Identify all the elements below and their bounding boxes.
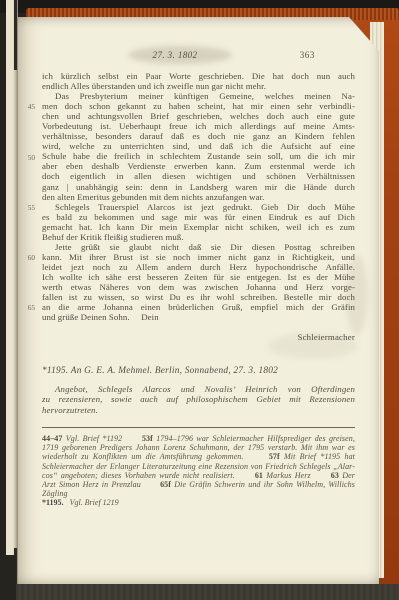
body-line-text: Schlegels Trauerspiel Alarcos ist jezt g… [42,202,355,212]
body-line-text: verhältnisse, besonders darauf daß es do… [42,131,355,141]
body-line: Behuf der Kritik fleißig studieren muß. [18,232,379,242]
body-line: und grüße Deinen Sohn. Dein [18,312,379,322]
body-line-text: Das Presbyterium meiner künftigen Gemein… [42,91,355,101]
line-reference: 63 [331,471,339,480]
note-text: Schleiermacher der Erlanger Literaturzei… [42,462,355,471]
line-reference: *1195. [42,498,64,507]
letter-signature: Schleiermacher [42,332,355,342]
body-line-text: Vorbedeutung ist. Ueberhaupt freue ich m… [42,121,355,131]
footnote-rule [42,427,355,428]
note-text: Die Gräfin Schwerin und ihr Sohn Wilhelm… [171,480,355,489]
apparatus-notes: 44–47 Vgl. Brief *1192 53f 1794–1796 war… [42,434,355,498]
body-line: doch eigentlich in allen diesen wichtige… [18,171,379,181]
body-line: chen und achtungsvollen Brief geschriebe… [18,111,379,121]
body-line-text: gemacht hat. Ich kann Dir mein Exemplar … [42,222,355,232]
note-text: Markus Herz [263,471,331,480]
body-line: Das Presbyterium meiner künftigen Gemein… [18,91,379,101]
apparatus-final-note: *1195. Vgl. Brief 1219 [42,498,355,507]
letter-summary: Angebot, Schlegels Alarcos und Novalis’ … [42,384,355,415]
body-line-text: fallen ist zu wissen, so wirst Du es ihr… [42,292,355,302]
body-line: wird, welche zu unterrichten sind, und d… [18,141,379,151]
body-line-text: Ich wollte ich sähe erst besseren Zeiten… [42,272,355,282]
note-text: Vgl. Brief 1219 [64,498,119,507]
body-line-text: Behuf der Kritik fleißig studieren muß. [42,232,355,242]
line-reference: 57f [269,452,280,461]
body-line: ich kürzlich selbst ein Paar Worte gesch… [18,71,379,81]
body-line-text: doch eigentlich in allen diesen wichtige… [42,171,355,181]
body-line-text: Schule habe die freilich in schlechtem Z… [42,151,355,161]
note-text: Der [339,471,355,480]
body-line: endlich Alles überstanden und ich zweifl… [18,81,379,91]
line-reference: 65f [160,480,171,489]
body-line-text: Jette grüßt sie glaubt nicht daß sie Dir… [42,242,355,252]
body-line: werth etwas Näheres von dem was zwischen… [18,282,379,292]
body-line: 60kann. Mit ihrer Brust ist sie noch imm… [18,252,379,262]
note-text: wiederholt zu Konflikten um die Amtsführ… [42,452,269,461]
body-line-text: men doch schon gekannt zu haben scheint,… [42,101,355,111]
next-letter-heading: *1195. An G. E. A. Mehmel. Berlin, Sonna… [42,366,355,376]
body-line: ganz | unabhängig sein: denn in Landsber… [18,182,379,192]
body-line: es bald zu bekommen und sage mir was für… [18,212,379,222]
note-text: cos“ angeboten; dieses Vorhaben wurde ni… [42,471,255,480]
note-text: Vgl. Brief *1192 [63,434,142,443]
body-line-text: es bald zu bekommen und sage mir was für… [42,212,355,222]
body-line-text: aber eben deshalb Verdienste erwerben ka… [42,161,355,171]
note-text: Zögling [42,489,68,498]
body-line-text: ich kürzlich selbst ein Paar Worte gesch… [42,71,355,81]
photo-corner-shadow [0,555,16,600]
body-line-text: wird, welche zu unterrichten sind, und d… [42,141,355,151]
summary-line: hervorzutreten. [42,405,355,415]
body-line: 55Schlegels Trauerspiel Alarcos ist jezt… [18,202,379,212]
apparatus-line: 1719 geborenen Predigers Johann Lorenz S… [42,443,355,452]
margin-line-number: 60 [23,253,35,262]
body-line-text: chen und achtungsvollen Brief geschriebe… [42,111,355,121]
body-line-text: ganz | unabhängig sein: denn in Landsber… [42,182,355,192]
letter-body: ich kürzlich selbst ein Paar Worte gesch… [18,71,379,322]
note-text: 1794–1796 war Schleiermacher Hilfspredig… [153,434,355,443]
apparatus-line: cos“ angeboten; dieses Vorhaben wurde ni… [42,471,355,480]
body-line: 65an die arme Johanna einen brüderlichen… [18,302,379,312]
body-line-text: werth etwas Näheres von dem was zwischen… [42,282,355,292]
running-head-date: 27. 3. 1802 [125,50,225,60]
body-line: Vorbedeutung ist. Ueberhaupt freue ich m… [18,121,379,131]
body-line: verhältnisse, besonders darauf daß es do… [18,131,379,141]
body-line: aber eben deshalb Verdienste erwerben ka… [18,161,379,171]
note-text: 1719 geborenen Predigers Johann Lorenz S… [42,443,355,452]
photo-background-bottom [0,584,399,600]
body-line: 50Schule habe die freilich in schlechtem… [18,151,379,161]
margin-line-number: 55 [23,203,35,212]
summary-line: zu rezensieren, sowie auch auf philosoph… [42,394,355,404]
apparatus-line: wiederholt zu Konflikten um die Amtsführ… [42,452,355,461]
body-line-text: leidet jezt noch zu Allem andern durch H… [42,262,355,272]
apparatus-line: 44–47 Vgl. Brief *1192 53f 1794–1796 war… [42,434,355,443]
body-line: Ich wollte ich sähe erst besseren Zeiten… [18,272,379,282]
body-line: den alten Emeritus gebunden mit dem nich… [18,192,379,202]
body-line-text: den alten Emeritus gebunden mit dem nich… [42,192,355,202]
book-page: 27. 3. 1802 363 ich kürzlich selbst ein … [18,17,379,584]
line-reference: 61 [255,471,263,480]
note-text: Arzt Simon Herz in Prenzlau [42,480,160,489]
margin-line-number: 65 [23,303,35,312]
margin-line-number: 50 [23,153,35,162]
body-line: Jette grüßt sie glaubt nicht daß sie Dir… [18,242,379,252]
body-line: gemacht hat. Ich kann Dir mein Exemplar … [18,222,379,232]
book-page-photo: 27. 3. 1802 363 ich kürzlich selbst ein … [0,0,399,600]
body-line-text: kann. Mit ihrer Brust ist sie noch immer… [42,252,355,262]
summary-line: Angebot, Schlegels Alarcos und Novalis’ … [42,384,355,394]
page-number: 363 [293,50,315,60]
body-line: fallen ist zu wissen, so wirst Du es ihr… [18,292,379,302]
margin-line-number: 45 [23,102,35,111]
note-text: Mit Brief *1195 hat [280,452,355,461]
binding-seam-top [14,0,17,70]
apparatus-line: Arzt Simon Herz in Prenzlau 65f Die Gräf… [42,480,355,489]
apparatus-line: Schleiermacher der Erlanger Literaturzei… [42,462,355,471]
facing-page-edge [6,0,18,600]
body-line-text: und grüße Deinen Sohn. Dein [42,312,355,322]
body-line-text: an die arme Johanna einen brüderlichen G… [42,302,355,312]
line-reference: 44–47 [42,434,63,443]
body-line: leidet jezt noch zu Allem andern durch H… [18,262,379,272]
body-line-text: endlich Alles überstanden und ich zweifl… [42,81,355,91]
line-reference: 53f [142,434,153,443]
body-line: 45men doch schon gekannt zu haben schein… [18,101,379,111]
